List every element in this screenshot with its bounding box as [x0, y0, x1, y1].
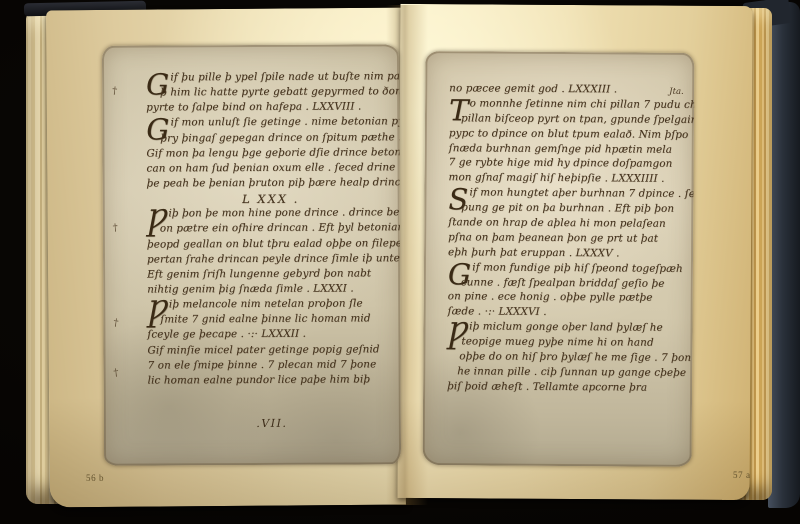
- margin-gloss-mark: †: [113, 367, 119, 378]
- manuscript-line: 7 on ele ſmipe þinne . 7 plecan mid 7 þo…: [148, 358, 396, 374]
- manuscript-text-left: Gif þu pille þ ypel ſpile nade ut buſte …: [146, 70, 396, 389]
- manuscript-line: eþh þurh þat eruppan . LXXXV .: [448, 246, 690, 263]
- manuscript-line: pypc to dpince on blut tpum ealað. Nim þ…: [449, 127, 691, 144]
- manuscript-line: Gif minſie micel pater getinge popig geſ…: [147, 343, 395, 359]
- manuscript-line: ſceyle ge þecape . ·:· LXXXII .: [147, 328, 395, 344]
- margin-gloss-mark: †: [112, 223, 118, 234]
- photo-of-open-facsimile-book: † † † † Gif þu pille þ ypel ſpile nade u…: [0, 0, 800, 524]
- manuscript-line: Gif mon unluſt ſie getinge . nime betoni…: [146, 116, 394, 132]
- manuscript-line: L XXX .: [147, 191, 395, 207]
- folio-label-left: 56 b: [86, 473, 104, 483]
- manuscript-plate-left: † † † † Gif þu pille þ ypel ſpile nade u…: [102, 44, 401, 466]
- manuscript-line: Ƿiþ miclum gonge oþer land þylæſ he: [447, 320, 689, 337]
- manuscript-line: on pine . ece honig . oþþe pylle pætþe: [448, 291, 690, 308]
- manuscript-line: oþþe do on hiſ þro þylæſ he me ſige . 7 …: [447, 350, 689, 367]
- manuscript-text-right: no pæcee gemit god . LXXXIII .To monnhe …: [447, 82, 691, 396]
- manuscript-line: þe peah be þenian þruton piþ þære healp …: [147, 176, 395, 192]
- manuscript-line: teopige mueg pyþe nime hi on hand: [447, 335, 689, 352]
- manuscript-line: on pætre ein ofhire drincan . Eft þyl be…: [147, 222, 395, 238]
- manuscript-line: Ƿiþ melancole nim netelan proþon ſle: [147, 297, 395, 313]
- folio-label-right: 57 a: [733, 470, 751, 480]
- manuscript-line: þeopd geallan on blut tþru ealad oþþe on…: [147, 237, 395, 253]
- manuscript-line: Eft genim ſriſh lungenne gebyrd þon nabt: [147, 267, 395, 283]
- margin-gloss-mark: †: [112, 85, 118, 96]
- manuscript-line: nihtig genim þig ſnæda ſimle . LXXXI .: [147, 282, 395, 298]
- manuscript-line: cunne . fæſt ſpealpan briddaſ geſio þe: [448, 276, 690, 293]
- manuscript-line: ſnæda burhnan gemſnge pid hpætin mela: [449, 142, 691, 159]
- manuscript-line: Gif mon þa lengu þge geþorie dſie drince…: [146, 146, 394, 162]
- manuscript-line: þung ge pit on þa burhnan . Eft piþ þon: [448, 201, 690, 218]
- manuscript-line: 7 ge rybte hige mid hy dpince doſpamgon: [449, 157, 691, 174]
- manuscript-line: ſmite 7 gnid ealne þinne lic homan mid: [147, 312, 395, 328]
- manuscript-line: Gif þu pille þ ypel ſpile nade ut buſte …: [146, 70, 394, 86]
- quire-signature: .VII.: [148, 416, 396, 430]
- manuscript-line: he innan pille . ciþ ſunnan up gange cþe…: [447, 365, 689, 382]
- manuscript-plate-right: Jta. no pæcee gemit god . LXXXIII .To mo…: [423, 51, 695, 467]
- manuscript-line: þ him lic hatte pyrte gebatt gepyrmed to…: [146, 85, 394, 101]
- manuscript-line: can on ham ſud þenian oxum elle . ſeced …: [147, 161, 395, 177]
- manuscript-line: Sif mon hungtet aþer burhnan 7 dpince . …: [448, 186, 690, 203]
- manuscript-line: To monnhe ſetinne nim chi pillan 7 pudu …: [449, 97, 691, 114]
- manuscript-line: þiſ þoid æheſt . Tellamte apcorne þra: [447, 380, 689, 397]
- manuscript-line: þry þingaſ gepegan drince on ſpitum pæth…: [146, 131, 394, 147]
- manuscript-line: pertan ſrahe drincan peyle drince ſimle …: [147, 252, 395, 268]
- manuscript-line: no pæcee gemit god . LXXXIII .: [449, 82, 691, 99]
- manuscript-line: pillan biſceop pyrt on tpan, gpunde ſpel…: [449, 112, 691, 129]
- manuscript-line: Ƿiþ þon þe mon hine pone drince . drince…: [147, 207, 395, 223]
- book-cover-right-board: [768, 2, 800, 508]
- manuscript-line: Gif mon fundige piþ hiſ ſpeond togeſpæh: [448, 261, 690, 278]
- manuscript-line: ſtande on hrap de aþlea hi mon pelaſean: [448, 216, 690, 233]
- manuscript-line: pſna on þam þeanean þon ge prt ut þat: [448, 231, 690, 248]
- margin-gloss-mark: †: [113, 317, 119, 329]
- manuscript-line: lic homan ealne pundor lice paþe him biþ: [148, 373, 396, 389]
